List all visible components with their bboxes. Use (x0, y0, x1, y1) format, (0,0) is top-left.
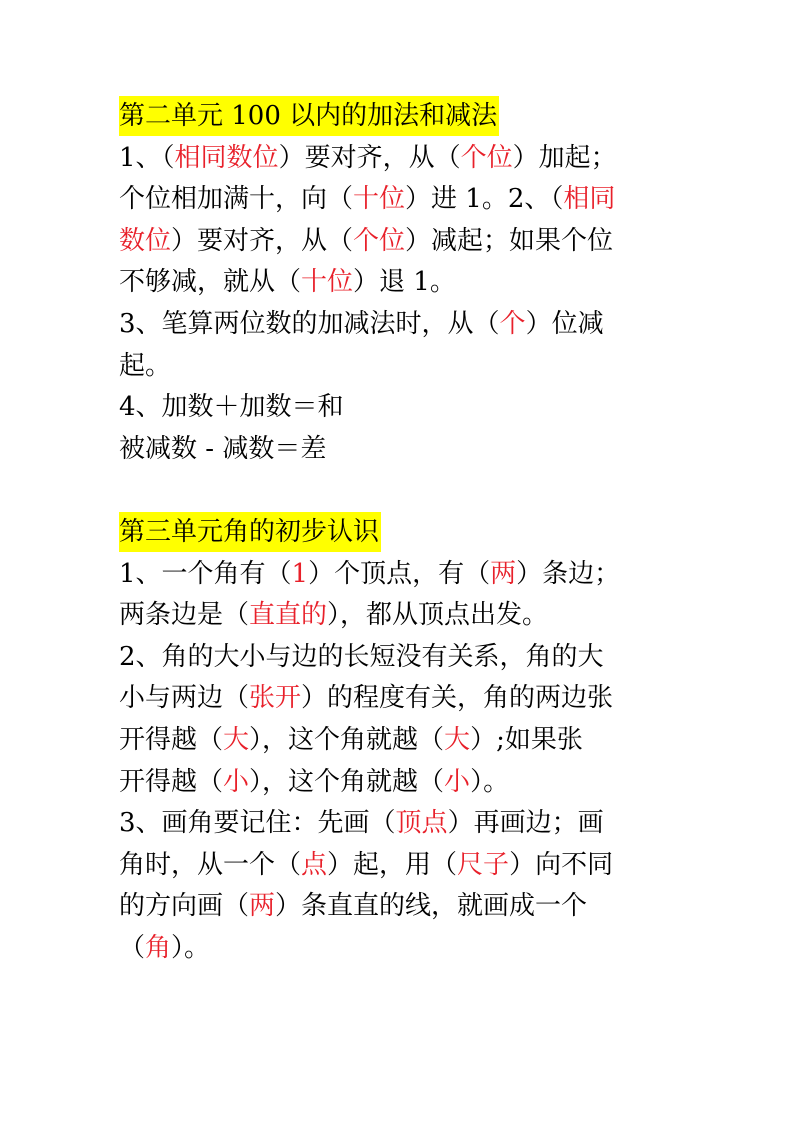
body-text: ）。 (171, 933, 210, 963)
body-text: ），这个角就越（ (249, 767, 444, 797)
unit3-line: 的方向画（两）条直直的线，就画成一个 (119, 886, 679, 928)
body-text: ）条直直的线，就画成一个 (275, 891, 587, 921)
body-text: 开得越（ (119, 725, 223, 755)
section-gap (119, 470, 679, 512)
body-text: 的方向画（ (119, 891, 249, 921)
answer-text: 十位 (301, 267, 353, 297)
body-text: ）要对齐，从（ (171, 226, 353, 256)
body-text: ）;如果张 (470, 725, 583, 755)
body-text: 1、（ (119, 143, 175, 173)
unit3-line: 角时，从一个（点）起，用（尺子）向不同 (119, 845, 679, 887)
answer-text: 相同数位 (175, 143, 279, 173)
unit3-line: 1、一个角有（1）个顶点，有（两）条边； (119, 554, 679, 596)
answer-text: 相同 (563, 184, 615, 214)
body-text: ）个顶点，有（ (308, 559, 490, 589)
unit2-line: 数位）要对齐，从（个位）减起；如果个位 (119, 221, 679, 263)
unit3-line: 开得越（小），这个角就越（小）。 (119, 762, 679, 804)
answer-text: 点 (301, 850, 327, 880)
unit3-heading: 第三单元角的初步认识 (119, 512, 381, 552)
answer-text: 小 (444, 767, 470, 797)
body-text: 3、笔算两位数的加减法时，从（ (119, 309, 500, 339)
body-text: 3、画角要记住：先画（ (119, 808, 396, 838)
body-text: 角时，从一个（ (119, 850, 301, 880)
body-text: 4、加数＋加数＝和 (119, 392, 344, 422)
body-text: ）退 1。 (353, 267, 456, 297)
body-text: ）加起； (513, 143, 617, 173)
body-text: ）。 (470, 767, 509, 797)
unit2-line: 3、笔算两位数的加减法时，从（个）位减 (119, 304, 679, 346)
body-text: ）再画边；画 (448, 808, 604, 838)
body-text: 被减数 - 减数＝差 (119, 434, 326, 464)
answer-text: 个位 (461, 143, 513, 173)
body-text: ）向不同 (509, 850, 613, 880)
answer-text: 直直的 (249, 600, 327, 630)
body-text: ），这个角就越（ (249, 725, 444, 755)
body-text: 小与两边（ (119, 683, 249, 713)
body-text: 开得越（ (119, 767, 223, 797)
unit2-line: 不够减，就从（十位）退 1。 (119, 262, 679, 304)
body-text: 2、角的大小与边的长短没有关系，角的大 (119, 642, 604, 672)
body-text: ）进 1。2、（ (405, 184, 563, 214)
unit3-heading-line: 第三单元角的初步认识 (119, 512, 679, 554)
unit3-line: （角）。 (119, 928, 679, 970)
body-text: 两条边是（ (119, 600, 249, 630)
answer-text: 大 (444, 725, 470, 755)
unit2-line: 1、（相同数位）要对齐，从（个位）加起； (119, 138, 679, 180)
answer-text: 两 (490, 559, 516, 589)
body-text: 1、一个角有（ (119, 559, 292, 589)
unit3-line: 3、画角要记住：先画（顶点）再画边；画 (119, 803, 679, 845)
body-text: 个位相加满十，向（ (119, 184, 353, 214)
body-text: 起。 (119, 351, 171, 381)
unit2-line: 个位相加满十，向（十位）进 1。2、（相同 (119, 179, 679, 221)
answer-text: 个 (500, 309, 526, 339)
body-text: ）起，用（ (327, 850, 457, 880)
body-text: ）减起；如果个位 (405, 226, 613, 256)
body-text: ）位减 (526, 309, 604, 339)
answer-text: 小 (223, 767, 249, 797)
body-text: ）的程度有关，角的两边张 (301, 683, 613, 713)
answer-text: 个位 (353, 226, 405, 256)
unit3-line: 开得越（大），这个角就越（大）;如果张 (119, 720, 679, 762)
body-text: （ (119, 933, 145, 963)
answer-text: 张开 (249, 683, 301, 713)
answer-text: 顶点 (396, 808, 448, 838)
body-text: ）要对齐，从（ (279, 143, 461, 173)
body-text: ），都从顶点出发。 (327, 600, 548, 630)
unit2-line: 被减数 - 减数＝差 (119, 429, 679, 471)
unit2-line: 起。 (119, 346, 679, 388)
unit3-line: 小与两边（张开）的程度有关，角的两边张 (119, 678, 679, 720)
unit2-heading-line: 第二单元 100 以内的加法和减法 (119, 96, 679, 138)
answer-text: 尺子 (457, 850, 509, 880)
answer-text: 大 (223, 725, 249, 755)
unit3-body: 1、一个角有（1）个顶点，有（两）条边；两条边是（直直的），都从顶点出发。2、角… (119, 554, 679, 970)
body-text: ）条边； (516, 559, 620, 589)
body-text: 不够减，就从（ (119, 267, 301, 297)
unit2-heading: 第二单元 100 以内的加法和减法 (119, 96, 499, 136)
unit3-line: 2、角的大小与边的长短没有关系，角的大 (119, 637, 679, 679)
answer-text: 十位 (353, 184, 405, 214)
unit2-body: 1、（相同数位）要对齐，从（个位）加起；个位相加满十，向（十位）进 1。2、（相… (119, 138, 679, 471)
unit2-line: 4、加数＋加数＝和 (119, 387, 679, 429)
answer-text: 1 (292, 559, 309, 589)
answer-text: 角 (145, 933, 171, 963)
document-page: 第二单元 100 以内的加法和减法 1、（相同数位）要对齐，从（个位）加起；个位… (119, 96, 679, 969)
unit3-line: 两条边是（直直的），都从顶点出发。 (119, 595, 679, 637)
answer-text: 数位 (119, 226, 171, 256)
answer-text: 两 (249, 891, 275, 921)
